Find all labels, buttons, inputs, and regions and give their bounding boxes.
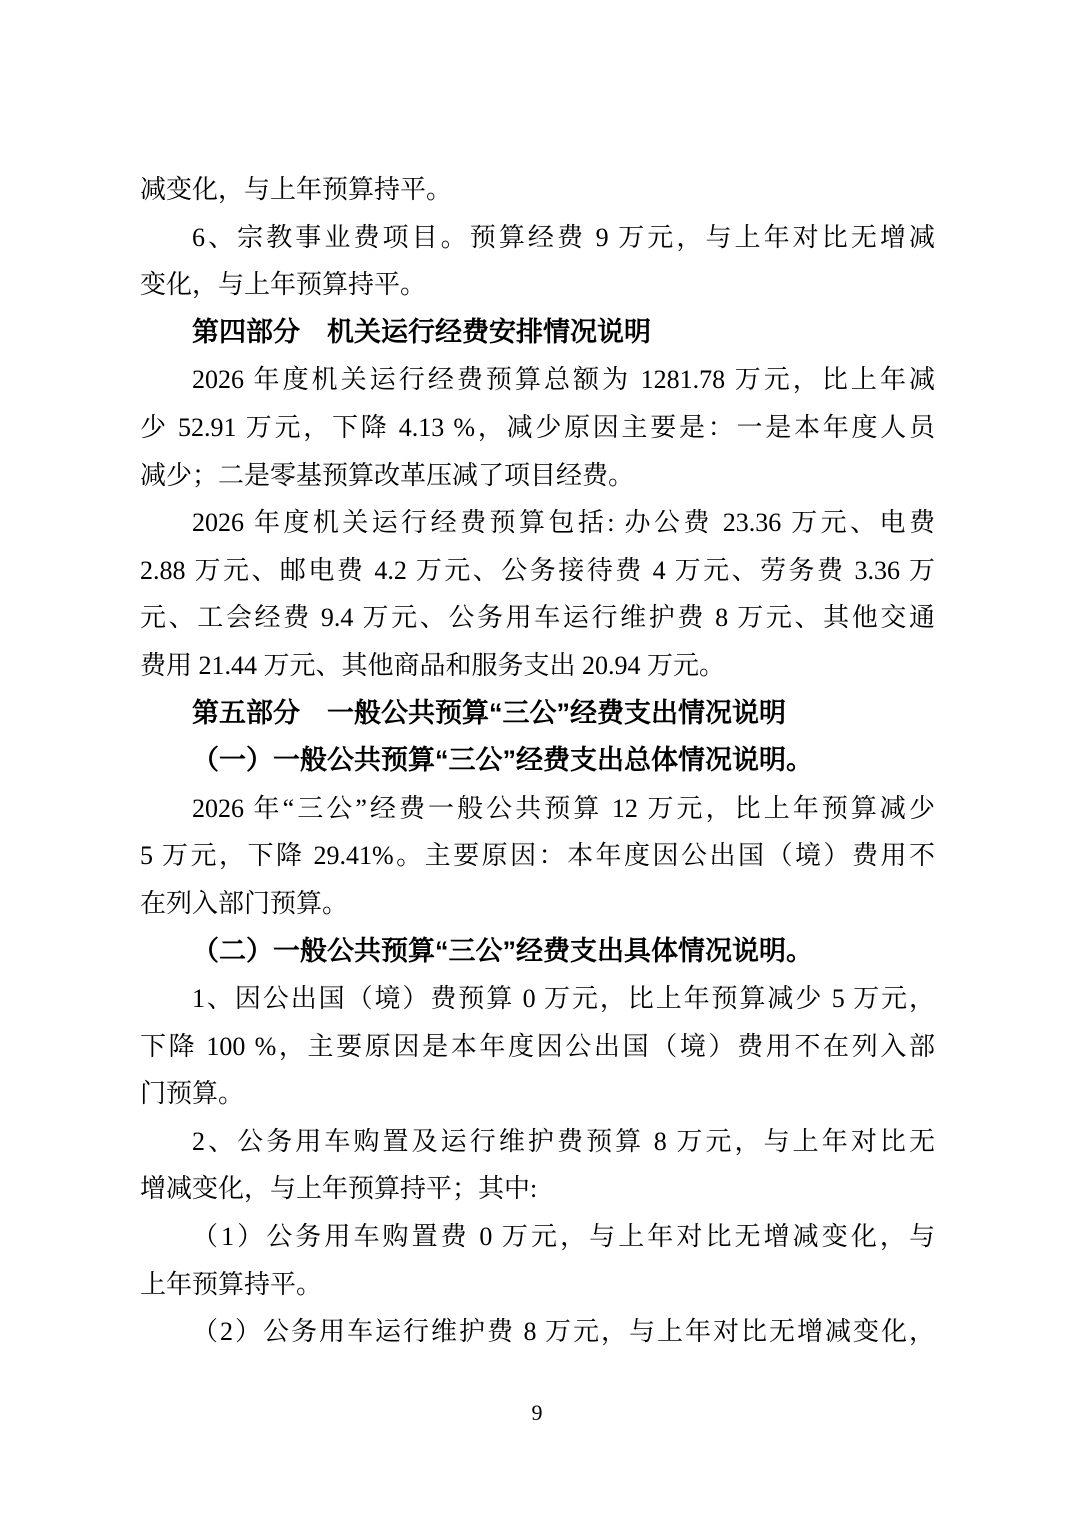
body-line: 费用 21.44 万元、其他商品和服务支出 20.94 万元。 [140,642,935,690]
heading-line: 第四部分 机关运行经费安排情况说明 [140,309,935,357]
document-page: 减变化，与上年预算持平。6、宗教事业费项目。预算经费 9 万元，与上年对比无增减… [0,0,1074,1520]
body-line: 下降 100 %，主要原因是本年度因公出国（境）费用不在列入部 [140,1023,935,1071]
body-line: 2026 年度机关运行经费预算总额为 1281.78 万元，比上年减 [140,356,935,404]
body-line: 变化，与上年预算持平。 [140,261,935,309]
body-line: （2）公务用车运行维护费 8 万元，与上年对比无增减变化， [140,1308,935,1356]
body-line: 在列入部门预算。 [140,880,935,928]
body-line: 2026 年度机关运行经费预算包括: 办公费 23.36 万元、电费 [140,499,935,547]
body-line: 少 52.91 万元，下降 4.13 %，减少原因主要是：一是本年度人员 [140,404,935,452]
body-line: 6、宗教事业费项目。预算经费 9 万元，与上年对比无增减 [140,214,935,262]
body-line: 上年预算持平。 [140,1261,935,1309]
body-line: 减变化，与上年预算持平。 [140,166,935,214]
body-line: （1）公务用车购置费 0 万元，与上年对比无增减变化，与 [140,1213,935,1261]
heading-line: （二）一般公共预算“三公”经费支出具体情况说明。 [140,928,935,976]
body-line: 2026 年“三公”经费一般公共预算 12 万元，比上年预算减少 [140,785,935,833]
heading-line: （一）一般公共预算“三公”经费支出总体情况说明。 [140,737,935,785]
document-content: 减变化，与上年预算持平。6、宗教事业费项目。预算经费 9 万元，与上年对比无增减… [140,166,935,1356]
body-line: 1、因公出国（境）费预算 0 万元，比上年预算减少 5 万元， [140,975,935,1023]
body-line: 减少；二是零基预算改革压减了项目经费。 [140,452,935,500]
body-line: 增减变化，与上年预算持平；其中: [140,1165,935,1213]
body-line: 2、公务用车购置及运行维护费预算 8 万元，与上年对比无 [140,1118,935,1166]
body-line: 元、工会经费 9.4 万元、公务用车运行维护费 8 万元、其他交通 [140,594,935,642]
body-line: 2.88 万元、邮电费 4.2 万元、公务接待费 4 万元、劳务费 3.36 万 [140,547,935,595]
heading-line: 第五部分 一般公共预算“三公”经费支出情况说明 [140,690,935,738]
page-number: 9 [0,1398,1074,1428]
body-line: 5 万元，下降 29.41%。主要原因：本年度因公出国（境）费用不 [140,832,935,880]
body-line: 门预算。 [140,1070,935,1118]
